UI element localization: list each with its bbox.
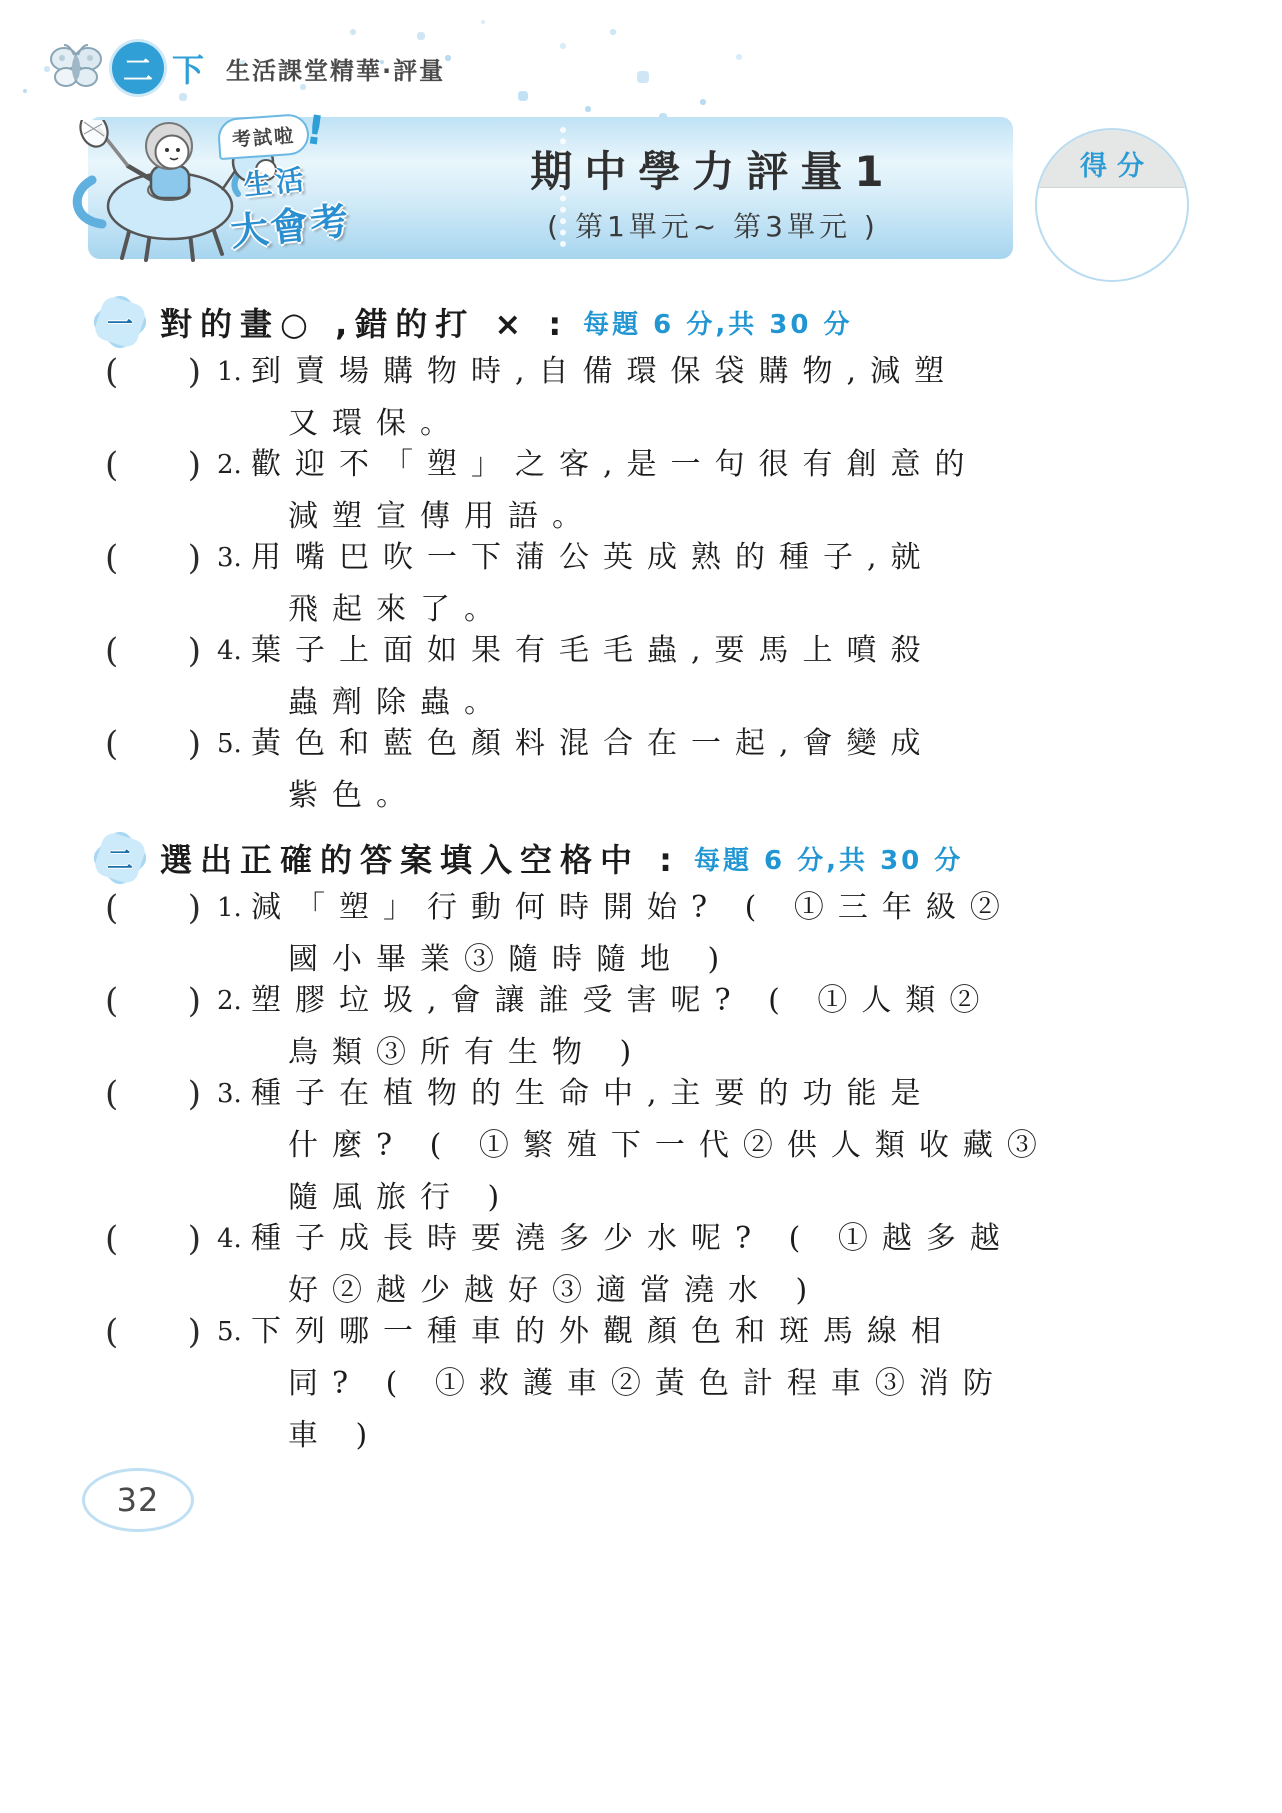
score-circle-header: 得分 [1037, 130, 1187, 188]
section-number-badge: 二 [92, 830, 148, 886]
question-number: 2. [217, 975, 251, 1027]
exam-subtitle: ( 第1單元~ 第3單元 ) [478, 205, 948, 245]
answer-bracket: () [105, 1213, 201, 1265]
question-row: () 2. 塑膠垃圾,會讓誰受害呢? ( ①人類② [105, 975, 1282, 1027]
score-circle: 得分 [1035, 128, 1189, 282]
question-text: 到賣場購物時,自備環保袋購物,減塑 [251, 346, 958, 398]
question-row: () 2. 歡迎不「塑」之客,是一句很有創意的 [105, 439, 1282, 491]
answer-bracket: () [105, 439, 201, 491]
question: () 2. 塑膠垃圾,會讓誰受害呢? ( ①人類② 鳥類③所有生物 ) [105, 975, 1282, 1079]
section-points: 每題 6 分,共 30 分 [694, 840, 963, 877]
question: () 4. 種子成長時要澆多少水呢? ( ①越多越 好②越少越好③適當澆水 ) [105, 1213, 1282, 1317]
question-text: 塑膠垃圾,會讓誰受害呢? ( ①人類② [251, 975, 993, 1027]
worksheet-page: 二 下 生活課堂精華·評量 期中學力評量1 ( 第1單元~ 第3單元 ) [0, 0, 1282, 1813]
section-2-questions: () 1. 減「塑」行動何時開始? ( ①三年級② 國小畢業③隨時隨地 ) ()… [105, 882, 1282, 1462]
page-number: 32 [117, 1481, 160, 1519]
question-row: () 3. 種子在植物的生命中,主要的功能是 [105, 1068, 1282, 1120]
score-label: 得分 [1070, 144, 1154, 183]
question-row: () 4. 種子成長時要澆多少水呢? ( ①越多越 [105, 1213, 1282, 1265]
question-number: 3. [217, 532, 251, 584]
book-title: 生活課堂精華·評量 [226, 51, 445, 86]
grade-badge: 二 [112, 42, 164, 94]
worksheet-content: 一 對的畫○ ,錯的打 × : 每題 6 分,共 30 分 () 1. 到賣場購… [0, 300, 1282, 1462]
question-text: 減「塑」行動何時開始? ( ①三年級② [251, 882, 1014, 934]
grade-suffix: 下 [172, 45, 204, 91]
answer-bracket: () [105, 346, 201, 398]
section-2: 二 選出正確的答案填入空格中 : 每題 6 分,共 30 分 () 1. 減「塑… [0, 836, 1282, 1462]
question-row: 車 ) [105, 1410, 1282, 1462]
exam-title: 期中學力評量1 [478, 139, 948, 199]
question-number: 1. [217, 882, 251, 934]
section-points: 每題 6 分,共 30 分 [583, 304, 852, 341]
question-row: () 5. 黃色和藍色顏料混合在一起,會變成 [105, 718, 1282, 770]
answer-bracket: () [105, 718, 201, 770]
question: () 1. 減「塑」行動何時開始? ( ①三年級② 國小畢業③隨時隨地 ) [105, 882, 1282, 986]
answer-bracket: () [105, 625, 201, 677]
page-number-cloud: 32 [82, 1468, 194, 1532]
answer-bracket: () [105, 882, 201, 934]
series-logo: 生活 大會考 [224, 150, 383, 256]
question-text: 車 ) [288, 1410, 381, 1462]
question-row: 同? ( ①救護車②黃色計程車③消防 [105, 1358, 1282, 1410]
question-text: 種子在植物的生命中,主要的功能是 [251, 1068, 935, 1120]
question-row: () 4. 葉子上面如果有毛毛蟲,要馬上噴殺 [105, 625, 1282, 677]
question: () 5. 下列哪一種車的外觀顏色和斑馬線相 同? ( ①救護車②黃色計程車③消… [105, 1306, 1282, 1462]
section-2-header: 二 選出正確的答案填入空格中 : 每題 6 分,共 30 分 [92, 836, 1282, 880]
question: () 3. 用嘴巴吹一下蒲公英成熟的種子,就 飛起來了。 [105, 532, 1282, 636]
question-text: 紫色。 [288, 770, 420, 822]
section-number-badge: 一 [92, 294, 148, 350]
question-row: () 3. 用嘴巴吹一下蒲公英成熟的種子,就 [105, 532, 1282, 584]
question-row: 什麼? ( ①繁殖下一代②供人類收藏③ [105, 1120, 1282, 1172]
answer-bracket: () [105, 1306, 201, 1358]
question-row: () 1. 到賣場購物時,自備環保袋購物,減塑 [105, 346, 1282, 398]
question-number: 5. [217, 1306, 251, 1358]
section-1-header: 一 對的畫○ ,錯的打 × : 每題 6 分,共 30 分 [92, 300, 1282, 344]
question-row: () 1. 減「塑」行動何時開始? ( ①三年級② [105, 882, 1282, 934]
question: () 5. 黃色和藍色顏料混合在一起,會變成 紫色。 [105, 718, 1282, 822]
section-number: 二 [92, 830, 148, 886]
decorative-dots [0, 0, 2, 2]
butterfly-icon [48, 43, 106, 93]
question-number: 3. [217, 1068, 251, 1120]
answer-bracket: () [105, 975, 201, 1027]
question-text: 什麼? ( ①繁殖下一代②供人類收藏③ [288, 1120, 1051, 1172]
question: () 1. 到賣場購物時,自備環保袋購物,減塑 又環保。 [105, 346, 1282, 450]
question-text: 葉子上面如果有毛毛蟲,要馬上噴殺 [251, 625, 935, 677]
section-title: 選出正確的答案填入空格中 : [160, 835, 680, 881]
question-row: 紫色。 [105, 770, 1282, 822]
question-number: 4. [217, 1213, 251, 1265]
question-row: () 5. 下列哪一種車的外觀顏色和斑馬線相 [105, 1306, 1282, 1358]
question-number: 2. [217, 439, 251, 491]
exam-title-block: 期中學力評量1 ( 第1單元~ 第3單元 ) [478, 139, 948, 245]
page-header: 二 下 生活課堂精華·評量 [48, 42, 445, 94]
question: () 4. 葉子上面如果有毛毛蟲,要馬上噴殺 蟲劑除蟲。 [105, 625, 1282, 729]
question: () 3. 種子在植物的生命中,主要的功能是 什麼? ( ①繁殖下一代②供人類收… [105, 1068, 1282, 1224]
answer-bracket: () [105, 1068, 201, 1120]
question-text: 歡迎不「塑」之客,是一句很有創意的 [251, 439, 979, 491]
speech-bubble: 考試啦 [217, 113, 311, 160]
question: () 2. 歡迎不「塑」之客,是一句很有創意的 減塑宣傳用語。 [105, 439, 1282, 543]
answer-bracket: () [105, 532, 201, 584]
question-number: 4. [217, 625, 251, 677]
question-text: 用嘴巴吹一下蒲公英成熟的種子,就 [251, 532, 935, 584]
question-text: 黃色和藍色顏料混合在一起,會變成 [251, 718, 935, 770]
section-number: 一 [92, 294, 148, 350]
section-title: 對的畫○ ,錯的打 × : [160, 299, 569, 345]
question-text: 同? ( ①救護車②黃色計程車③消防 [288, 1358, 1007, 1410]
question-number: 5. [217, 718, 251, 770]
speech-bubble-text: 考試啦 [231, 125, 295, 151]
question-text: 種子成長時要澆多少水呢? ( ①越多越 [251, 1213, 1014, 1265]
section-1-questions: () 1. 到賣場購物時,自備環保袋購物,減塑 又環保。 () 2. 歡迎不「塑… [105, 346, 1282, 822]
question-text: 下列哪一種車的外觀顏色和斑馬線相 [251, 1306, 955, 1358]
section-1: 一 對的畫○ ,錯的打 × : 每題 6 分,共 30 分 () 1. 到賣場購… [0, 300, 1282, 822]
question-number: 1. [217, 346, 251, 398]
